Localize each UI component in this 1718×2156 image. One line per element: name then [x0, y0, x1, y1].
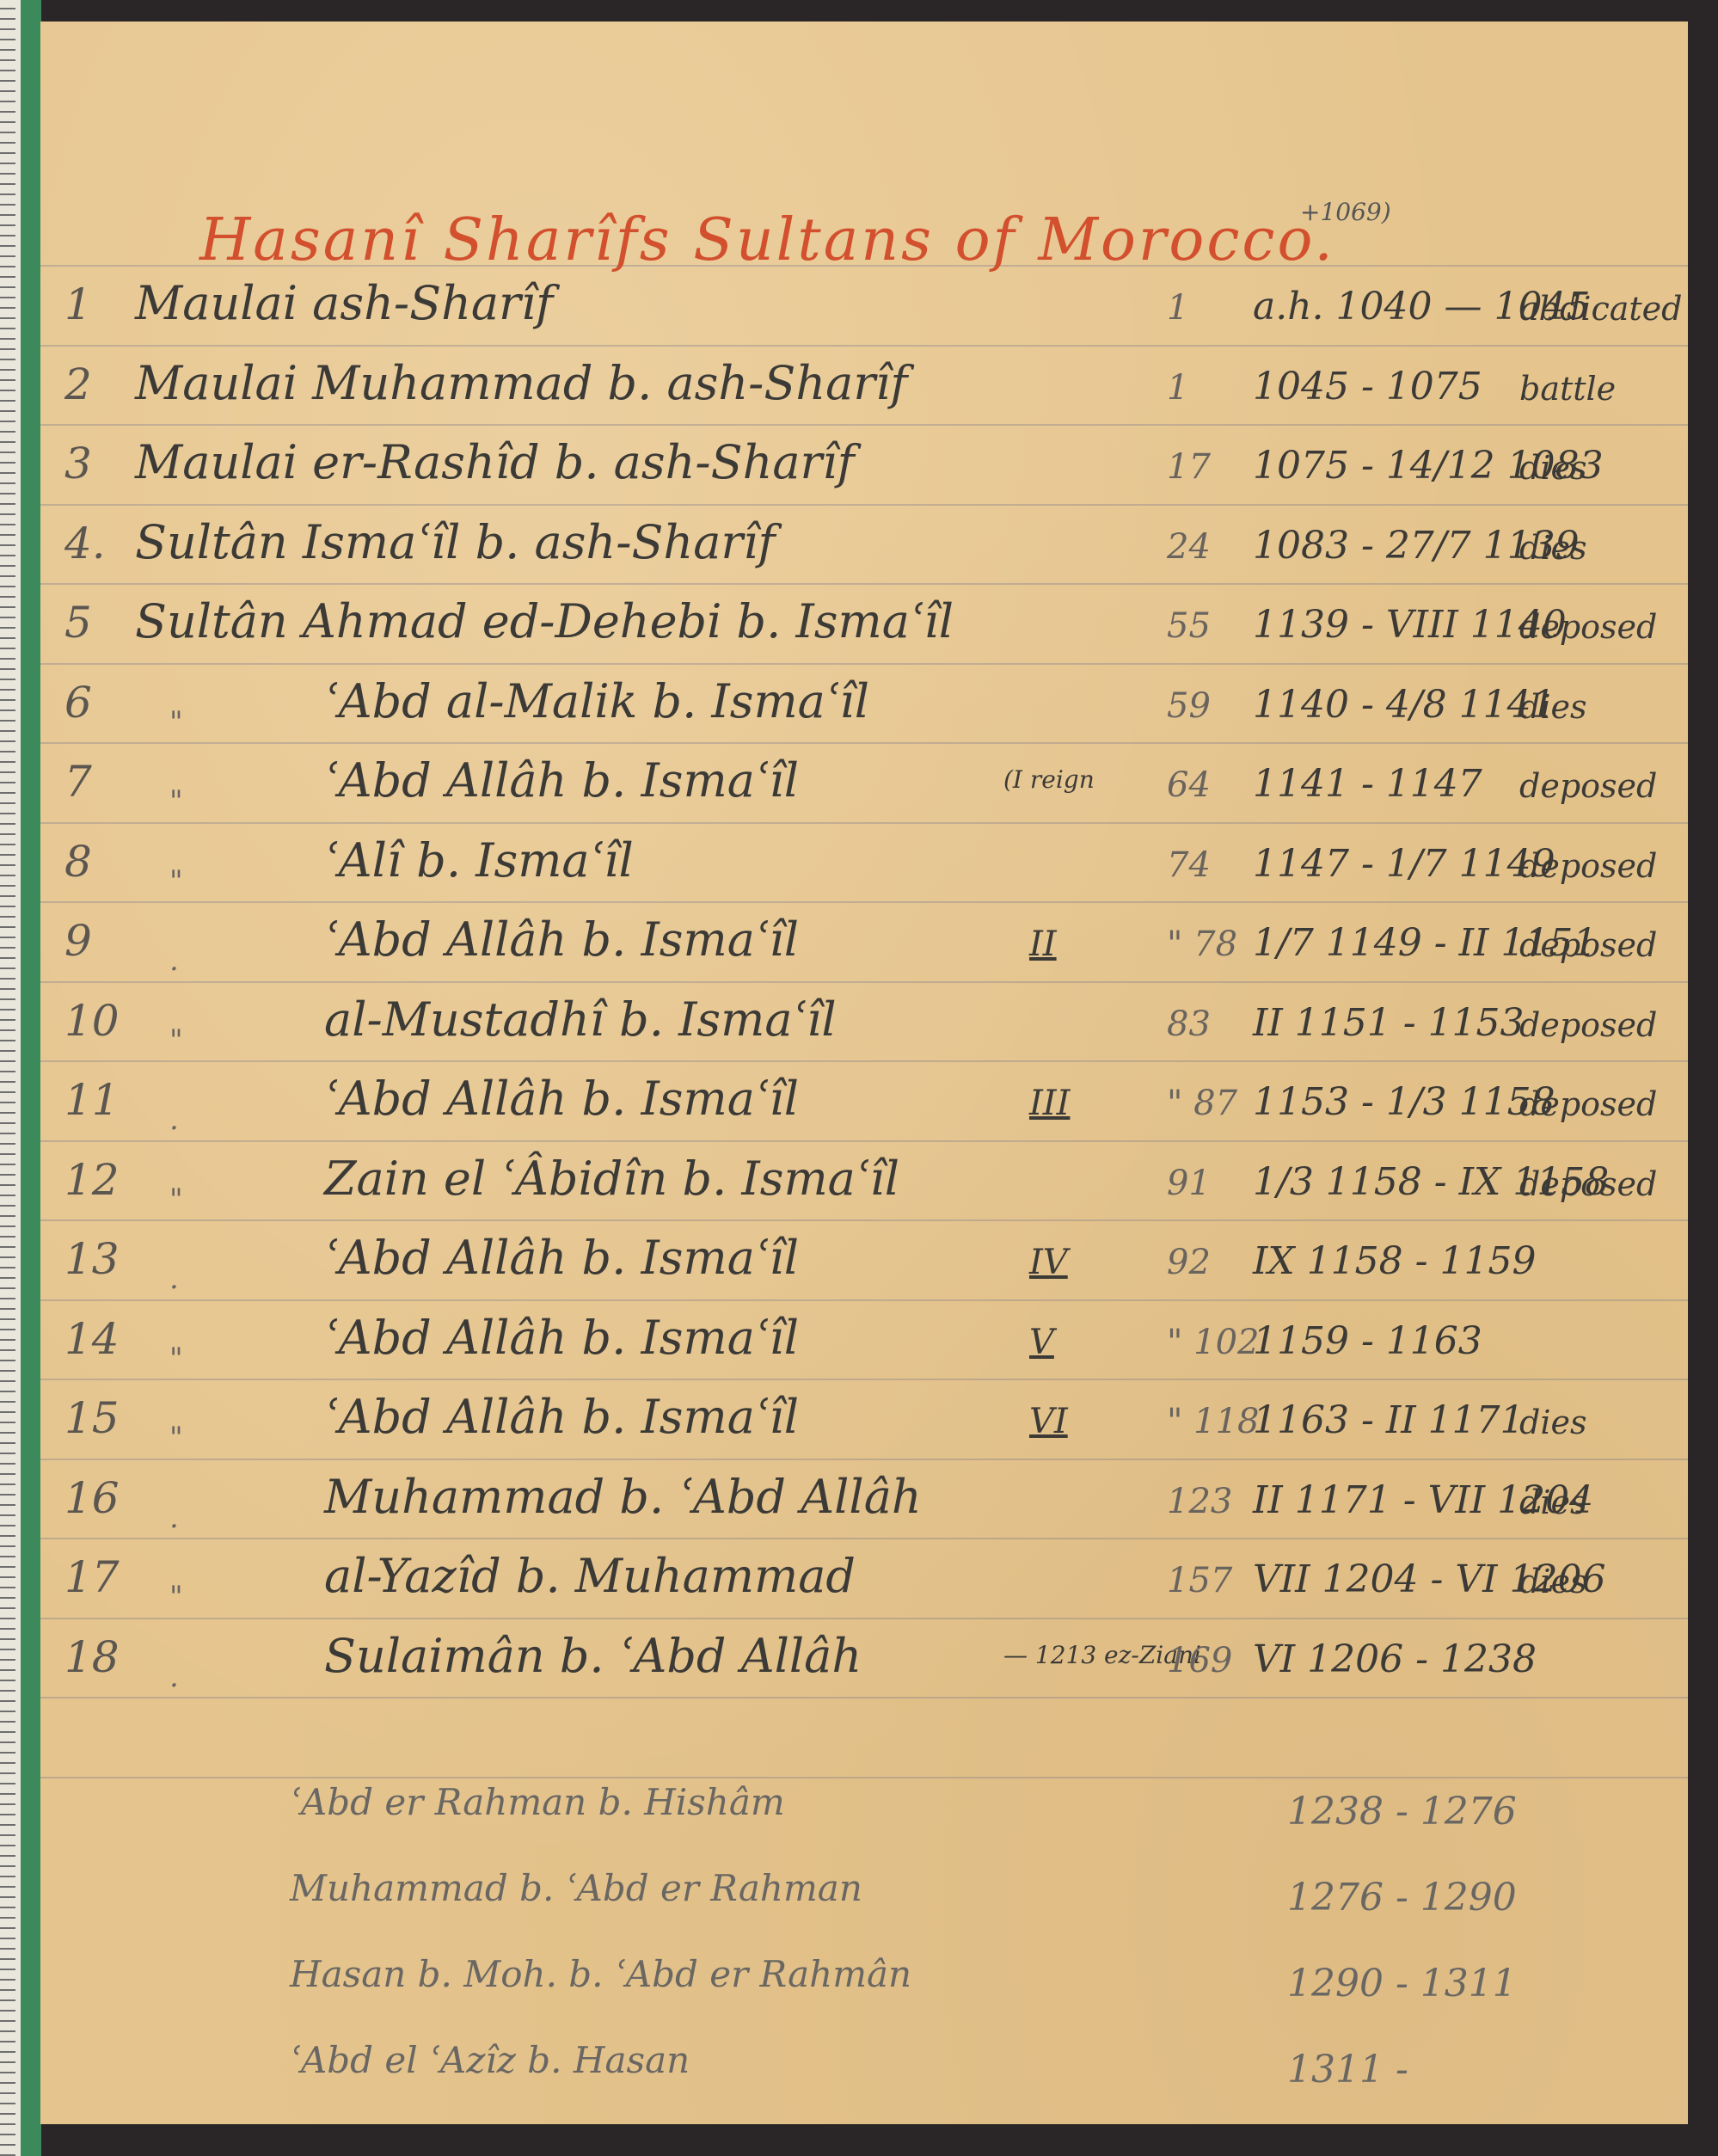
reign-dates: II 1151 - 1153	[1253, 1001, 1525, 1045]
sultan-name: ʿAlî b. Ismaʿîl	[324, 833, 634, 888]
sultan-name: ʿAbd Allâh b. Ismaʿîl	[324, 912, 799, 967]
sultan-name: Zain el ʿÂbidîn b. Ismaʿîl	[324, 1152, 899, 1206]
row-index: 8	[64, 837, 92, 887]
sultan-row: 8"ʿAlî b. Ismaʿîl741147 - 1/7 1149depose…	[40, 830, 1688, 909]
sultan-row: 2Maulai Muhammad b. ash-Sharîf11045 - 10…	[40, 353, 1688, 432]
reign-end-note: dies	[1519, 1404, 1586, 1441]
sultan-name: ʿAbd Allâh b. Ismaʿîl	[324, 1072, 799, 1126]
year-offset: 74	[1167, 845, 1211, 885]
sultan-row: 5Sultân Ahmad ed-Dehebi b. Ismaʿîl551139…	[40, 591, 1688, 670]
sultan-row: 14"ʿAbd Allâh b. IsmaʿîlV" 1021159 - 116…	[40, 1307, 1688, 1386]
sultan-name: ʿAbd Allâh b. Ismaʿîl	[324, 753, 799, 808]
manuscript-page: Hasanî Sharîfs Sultans of Morocco. +1069…	[40, 21, 1688, 2124]
sultan-name: Muhammad b. ʿAbd er Rahman	[290, 1867, 862, 1909]
year-offset: 17	[1167, 447, 1211, 487]
year-offset: " 102	[1167, 1323, 1259, 1362]
reign-number: VI	[1029, 1402, 1068, 1441]
year-offset: " 78	[1167, 924, 1237, 964]
reign-end-note: abdicated	[1519, 290, 1682, 328]
sultan-name: ʿAbd Allâh b. Ismaʿîl	[324, 1231, 799, 1285]
pencil-row: ʿAbd el ʿAzîz b. Hasan1311 -	[40, 2036, 1688, 2115]
reign-dates: 1311 -	[1287, 2048, 1408, 2092]
reign-end-note: battle	[1519, 370, 1616, 408]
ditto-mark: "	[169, 864, 183, 899]
reign-dates: 1238 - 1276	[1287, 1790, 1517, 1834]
sultan-name: Sultân Ismaʿîl b. ash-Sharîf	[135, 515, 775, 569]
sultan-name: Sulaimân b. ʿAbd Allâh	[324, 1629, 862, 1683]
sultan-row: 11.ʿAbd Allâh b. IsmaʿîlIII" 871153 - 1/…	[40, 1068, 1688, 1147]
reign-number: IV	[1029, 1243, 1068, 1282]
pencil-row: Hasan b. Moh. b. ʿAbd er Rahmân1290 - 13…	[40, 1950, 1688, 2029]
year-offset: 55	[1167, 606, 1211, 646]
ditto-mark: "	[169, 1023, 183, 1058]
row-index: 6	[64, 678, 92, 728]
sultan-name: ʿAbd Allâh b. Ismaʿîl	[324, 1311, 799, 1365]
reign-dates: 1276 - 1290	[1287, 1876, 1517, 1920]
row-index: 3	[64, 439, 92, 488]
reign-dates: VI 1206 - 1238	[1253, 1637, 1537, 1681]
row-index: 2	[64, 359, 92, 409]
sultan-row: 4.Sultân Ismaʿîl b. ash-Sharîf241083 - 2…	[40, 512, 1688, 591]
reign-end-note: deposed	[1519, 1006, 1657, 1044]
sultan-name: ʿAbd er Rahman b. Hishâm	[290, 1781, 785, 1823]
reign-end-note: deposed	[1519, 1085, 1657, 1123]
reign-dates: 1140 - 4/8 1141	[1253, 683, 1555, 727]
ditto-mark: "	[169, 1580, 183, 1614]
sultan-row: 12"Zain el ʿÂbidîn b. Ismaʿîl911/3 1158 …	[40, 1148, 1688, 1227]
sultan-row: 9.ʿAbd Allâh b. IsmaʿîlII" 781/7 1149 - …	[40, 909, 1688, 988]
sultan-name: Maulai ash-Sharîf	[135, 276, 553, 330]
reign-end-note: deposed	[1519, 608, 1657, 646]
row-index: 14	[64, 1314, 120, 1364]
sultan-row: 16.Muhammad b. ʿAbd Allâh123II 1171 - VI…	[40, 1466, 1688, 1545]
sultan-row: 17"al-Yazîd b. Muhammad157VII 1204 - VI …	[40, 1545, 1688, 1625]
reign-end-note: deposed	[1519, 1165, 1657, 1203]
reign-end-note: deposed	[1519, 847, 1657, 885]
reign-dates: 1147 - 1/7 1149	[1253, 842, 1555, 886]
sultan-name: al-Mustadhî b. Ismaʿîl	[324, 992, 837, 1047]
ditto-mark: "	[169, 1421, 183, 1455]
year-offset: 1	[1167, 288, 1188, 328]
reign-dates: 1045 - 1075	[1253, 365, 1482, 408]
ditto-mark: "	[169, 705, 183, 740]
reign-dates: 1290 - 1311	[1287, 1962, 1517, 2006]
green-backing-strip	[21, 0, 41, 2156]
ditto-mark: "	[169, 1342, 183, 1376]
reign-end-note: deposed	[1519, 926, 1657, 964]
reign-dates: 1153 - 1/3 1158	[1253, 1080, 1555, 1124]
reign-end-note: dies	[1519, 688, 1586, 726]
year-offset: 157	[1167, 1561, 1232, 1600]
year-offset: " 87	[1167, 1084, 1237, 1123]
reign-end-note: deposed	[1519, 767, 1657, 805]
sultan-name: ʿAbd Allâh b. Ismaʿîl	[324, 1390, 799, 1444]
reign-number: III	[1029, 1084, 1070, 1123]
year-offset: 169	[1167, 1641, 1232, 1680]
pencil-row: Muhammad b. ʿAbd er Rahman1276 - 1290	[40, 1864, 1688, 1943]
reign-end-note: dies	[1519, 449, 1586, 487]
sultan-row: 18.Sulaimân b. ʿAbd Allâh— 1213 ez-Ziani…	[40, 1625, 1688, 1705]
sultan-row: 15"ʿAbd Allâh b. IsmaʿîlVI" 1181163 - II…	[40, 1386, 1688, 1465]
year-offset: 91	[1167, 1164, 1211, 1203]
pencil-row: ʿAbd er Rahman b. Hishâm1238 - 1276	[40, 1778, 1688, 1857]
reign-dates: 1163 - II 1171	[1253, 1398, 1525, 1442]
row-index: 1	[64, 279, 92, 329]
year-offset: 92	[1167, 1243, 1211, 1282]
sultan-row: 1Maulai ash-Sharîf1a.h. 1040 — 1045abdic…	[40, 273, 1688, 352]
year-offset: 59	[1167, 686, 1211, 726]
row-index: 17	[64, 1552, 120, 1602]
year-offset: 64	[1167, 765, 1211, 805]
ditto-mark: "	[169, 784, 183, 819]
ditto-mark: .	[169, 943, 179, 978]
reign-number: V	[1029, 1323, 1054, 1362]
marginal-note: +1069)	[1300, 198, 1391, 226]
row-index: 9	[64, 916, 92, 966]
year-offset: 83	[1167, 1004, 1211, 1044]
row-index: 12	[64, 1155, 120, 1205]
reign-number: II	[1029, 924, 1057, 964]
year-offset: 123	[1167, 1482, 1232, 1521]
ditto-mark: "	[169, 1182, 183, 1217]
reign-dates: 1141 - 1147	[1253, 762, 1482, 806]
sultan-row: 6"ʿAbd al-Malik b. Ismaʿîl591140 - 4/8 1…	[40, 671, 1688, 750]
year-offset: " 118	[1167, 1402, 1259, 1441]
row-index: 18	[64, 1632, 120, 1682]
sultan-row: 10"al-Mustadhî b. Ismaʿîl83II 1151 - 115…	[40, 989, 1688, 1068]
row-index: 16	[64, 1473, 120, 1523]
sultan-name: Sultân Ahmad ed-Dehebi b. Ismaʿîl	[135, 594, 954, 648]
reign-dates: 1159 - 1163	[1253, 1319, 1482, 1363]
sultan-name: Maulai er-Rashîd b. ash-Sharîf	[135, 435, 855, 489]
scale-ruler	[0, 0, 21, 2156]
row-index: 10	[64, 996, 120, 1046]
ditto-mark: .	[169, 1501, 179, 1535]
sultan-row: 7"ʿAbd Allâh b. Ismaʿîl(I reign641141 - …	[40, 750, 1688, 829]
sultan-name: Maulai Muhammad b. ash-Sharîf	[135, 356, 907, 410]
page-title: Hasanî Sharîfs Sultans of Morocco.	[199, 206, 1489, 274]
reign-end-note: dies	[1519, 529, 1586, 567]
sultan-name: Muhammad b. ʿAbd Allâh	[324, 1470, 922, 1524]
ditto-mark: .	[169, 1262, 179, 1296]
year-offset: 1	[1167, 368, 1188, 408]
row-index: 5	[64, 598, 92, 648]
sultan-name: ʿAbd al-Malik b. Ismaʿîl	[324, 674, 869, 728]
row-index: 15	[64, 1393, 120, 1443]
reign-end-note: dies	[1519, 1483, 1586, 1521]
sultan-name: Hasan b. Moh. b. ʿAbd er Rahmân	[290, 1953, 911, 1995]
sultan-row: 13.ʿAbd Allâh b. IsmaʿîlIV92IX 1158 - 11…	[40, 1227, 1688, 1306]
row-index: 4.	[64, 519, 106, 568]
row-index: 7	[64, 757, 92, 807]
sultan-row: 3Maulai er-Rashîd b. ash-Sharîf171075 - …	[40, 432, 1688, 511]
reign-dates: IX 1158 - 1159	[1253, 1239, 1536, 1283]
reign-number: (I reign	[1003, 765, 1095, 794]
sultan-name: ʿAbd el ʿAzîz b. Hasan	[290, 2039, 690, 2081]
ditto-mark: .	[169, 1660, 179, 1694]
row-index: 11	[64, 1075, 120, 1125]
year-offset: 24	[1167, 527, 1211, 567]
sultan-name: al-Yazîd b. Muhammad	[324, 1549, 856, 1603]
reign-end-note: dies	[1519, 1563, 1586, 1600]
row-index: 13	[64, 1234, 120, 1284]
ditto-mark: .	[169, 1103, 179, 1137]
